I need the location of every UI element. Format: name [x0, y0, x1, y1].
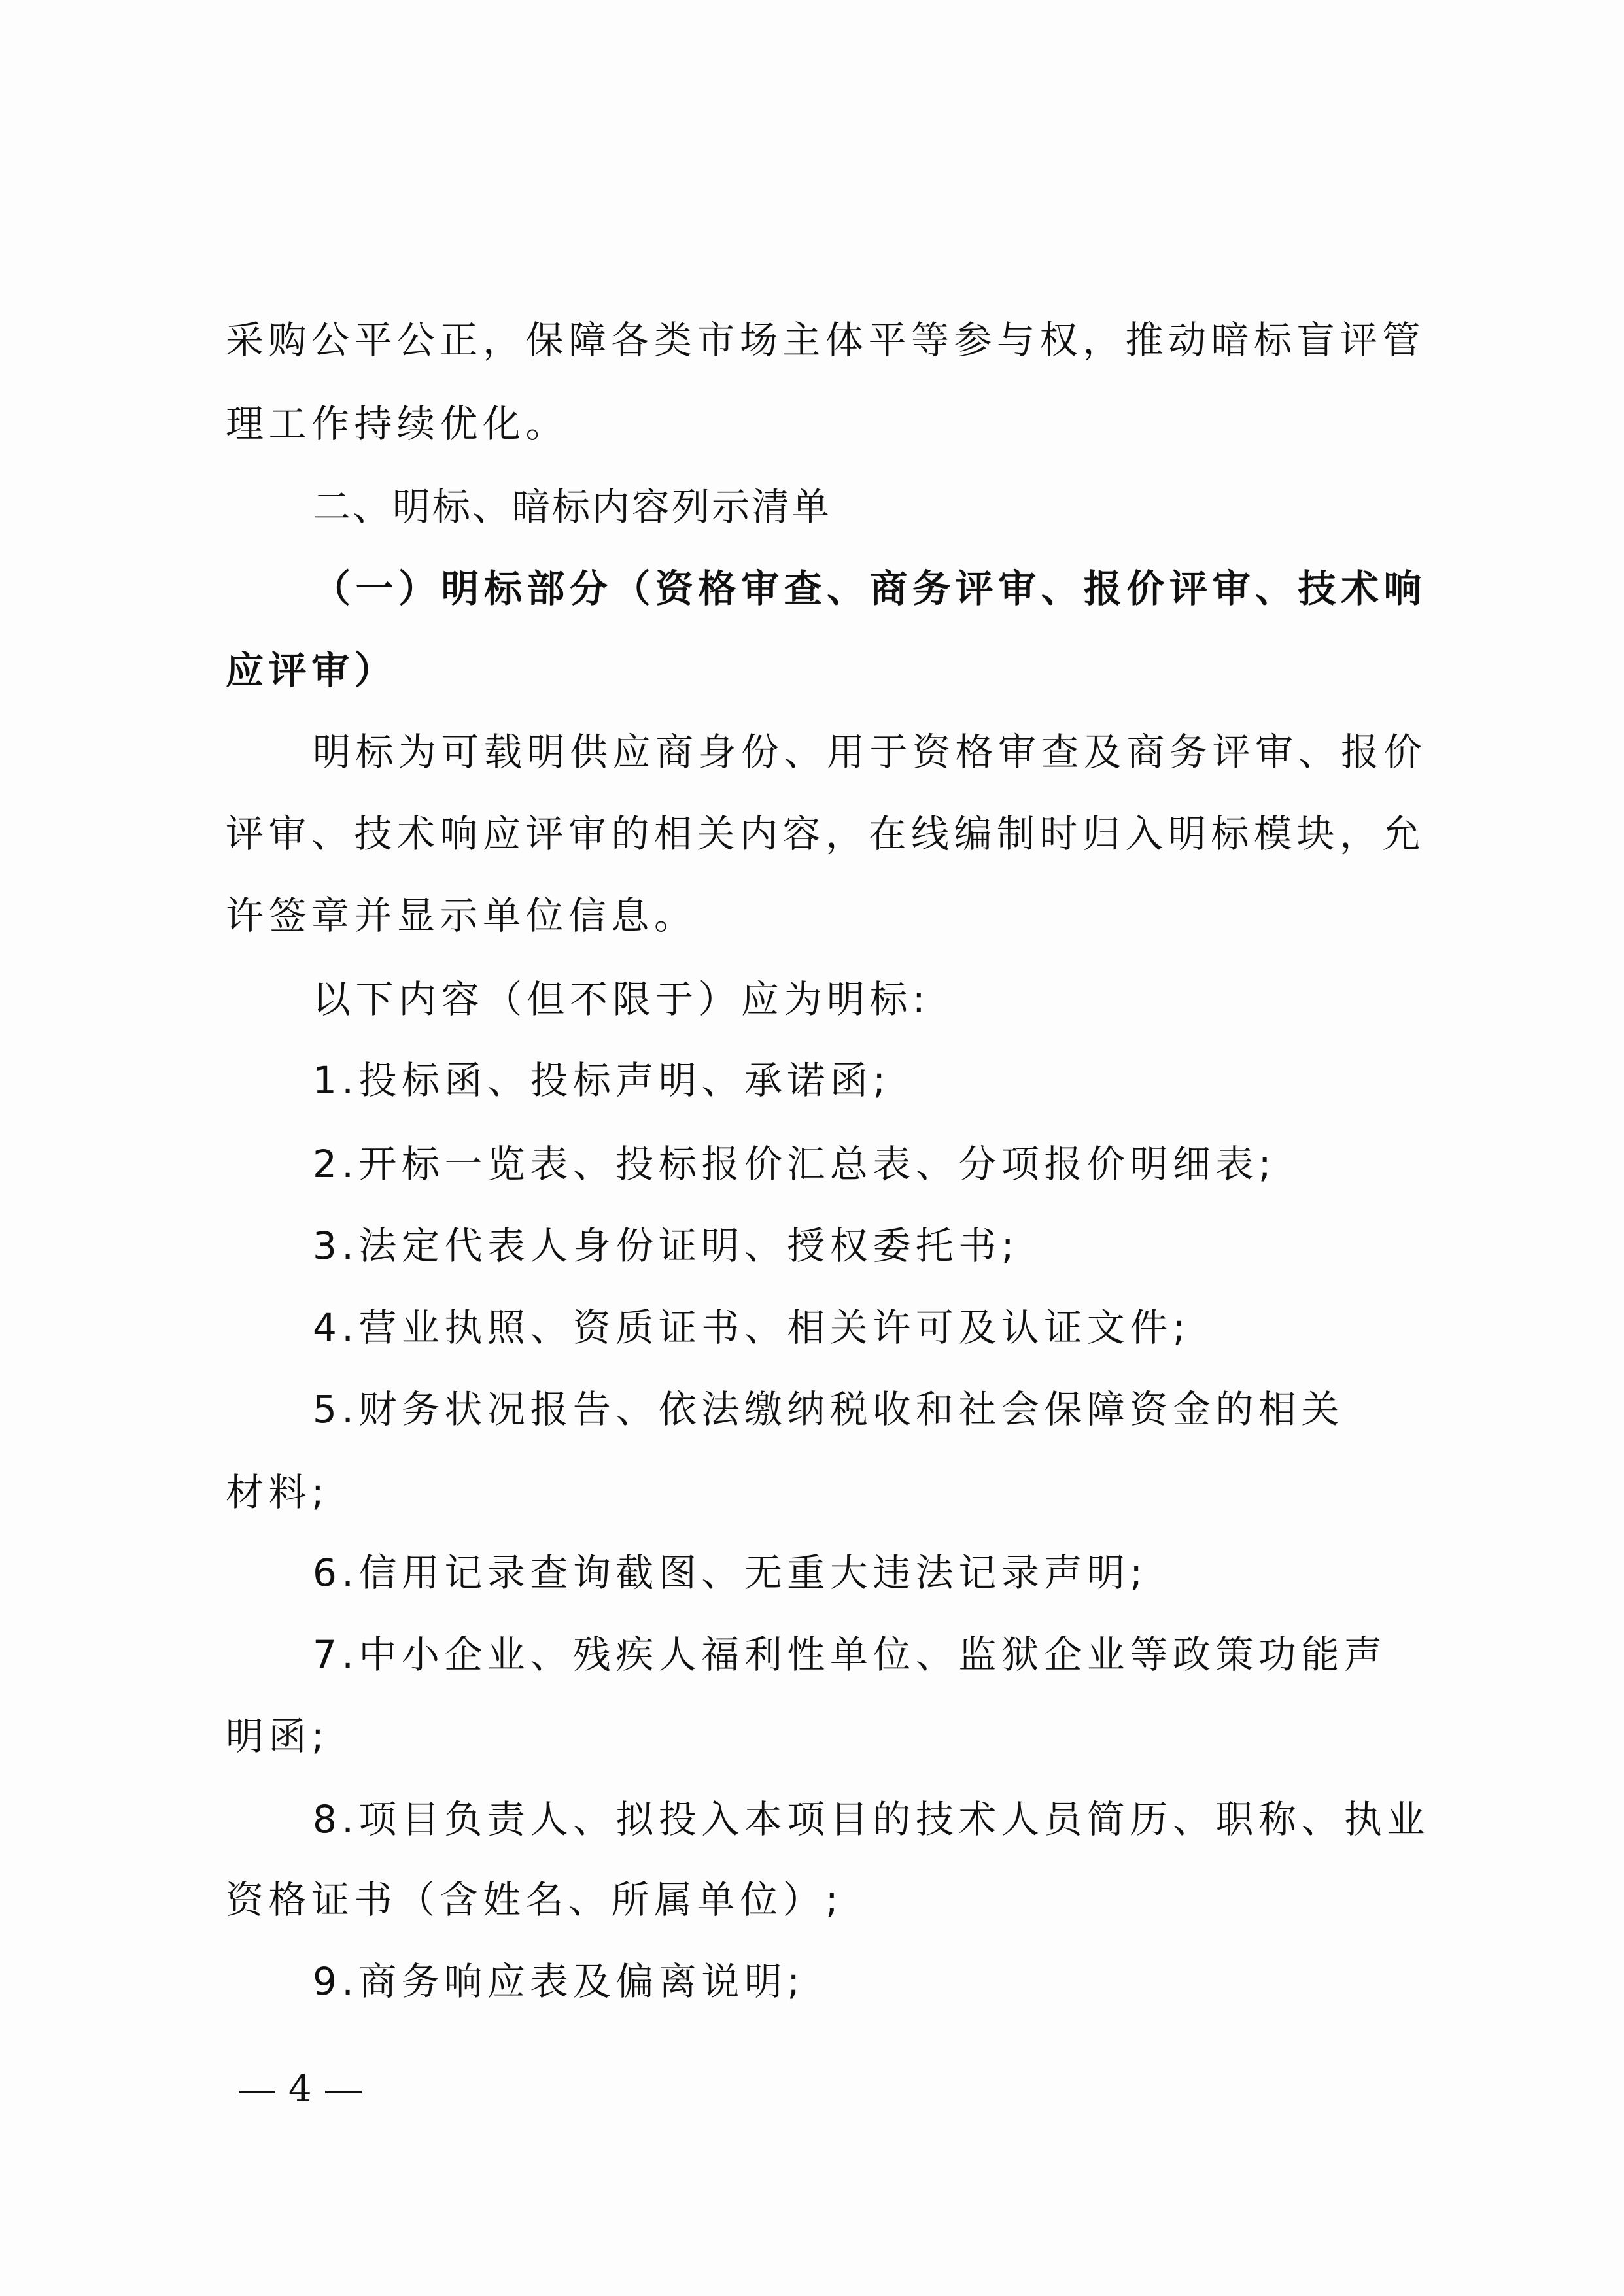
subsection-heading-line-2: 应评审）	[226, 641, 1429, 700]
paragraph-continuation-line-1: 采购公平公正，保障各类市场主体平等参与权，推动暗标盲评管	[226, 311, 1429, 369]
page-number: 4	[226, 2063, 375, 2116]
definition-paragraph-line-3: 许签章并显示单位信息。	[226, 886, 1429, 945]
list-item-5-line-2: 材料;	[226, 1463, 1429, 1522]
list-item-6: 6.信用记录查询截图、无重大违法记录声明;	[313, 1543, 1429, 1602]
list-item-8-line-1: 8.项目负责人、拟投入本项目的技术人员简历、职称、执业	[313, 1790, 1429, 1849]
definition-paragraph-line-1: 明标为可载明供应商身份、用于资格审查及商务评审、报价	[313, 723, 1429, 781]
list-item-2: 2.开标一览表、投标报价汇总表、分项报价明细表;	[313, 1135, 1429, 1193]
paragraph-continuation-line-2: 理工作持续优化。	[226, 394, 1429, 453]
list-item-1: 1.投标函、投标声明、承诺函;	[313, 1051, 1429, 1110]
document-page: 采购公平公正，保障各类市场主体平等参与权，推动暗标盲评管 理工作持续优化。 二、…	[0, 0, 1624, 2296]
list-intro: 以下内容（但不限于）应为明标:	[313, 970, 1429, 1029]
definition-paragraph-line-2: 评审、技术响应评审的相关内容，在线编制时归入明标模块，允	[226, 804, 1429, 863]
list-item-8-line-2: 资格证书（含姓名、所属单位）;	[226, 1870, 1429, 1929]
dash-left-icon	[239, 2091, 275, 2093]
page-number-value: 4	[288, 2068, 312, 2110]
list-item-9: 9.商务响应表及偏离说明;	[313, 1952, 1429, 2011]
subsection-heading-line-1: （一）明标部分（资格审查、商务评审、报价评审、技术响	[313, 559, 1429, 618]
section-heading: 二、明标、暗标内容列示清单	[313, 477, 1429, 536]
list-item-4: 4.营业执照、资质证书、相关许可及认证文件;	[313, 1298, 1429, 1357]
list-item-7-line-2: 明函;	[226, 1707, 1429, 1766]
list-item-7-line-1: 7.中小企业、残疾人福利性单位、监狱企业等政策功能声	[313, 1625, 1429, 1684]
dash-right-icon	[325, 2091, 362, 2093]
list-item-3: 3.法定代表人身份证明、授权委托书;	[313, 1216, 1429, 1275]
list-item-5-line-1: 5.财务状况报告、依法缴纳税收和社会保障资金的相关	[313, 1380, 1429, 1439]
